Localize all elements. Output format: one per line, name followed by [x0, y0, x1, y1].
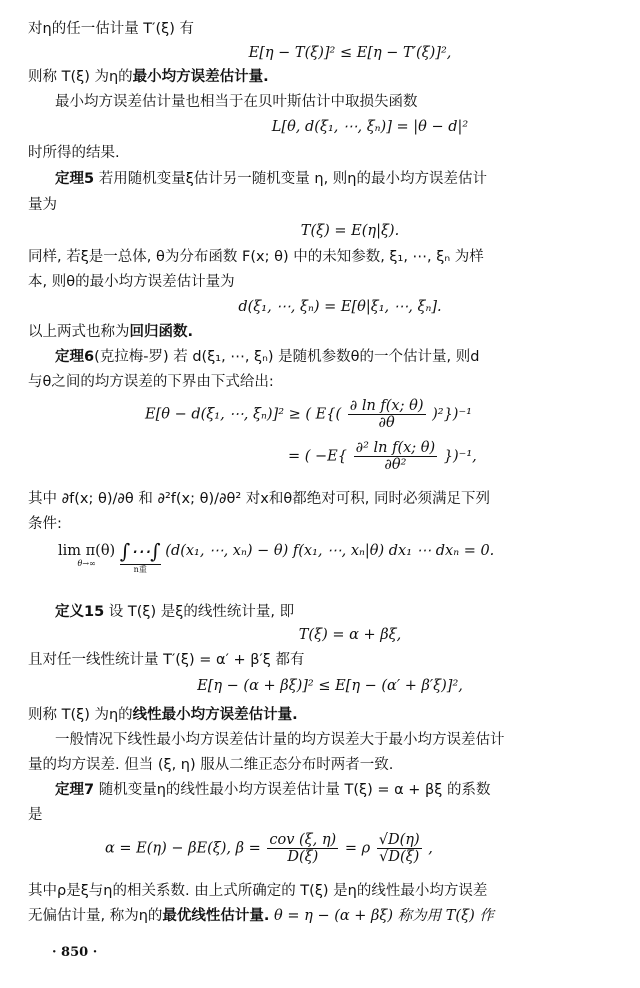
text-line: 时所得的结果. — [28, 144, 120, 162]
text-span: 若用随机变量ξ估计另一随机变量 η, 则η的最小均方误差估计 — [99, 171, 487, 187]
term-linear-mmse-estimator: 线性最小均方误差估计量. — [133, 707, 298, 723]
text-span: 则称 T(ξ) 为η的 — [28, 707, 133, 723]
text-line: 其中 ∂f(x; θ)/∂θ 和 ∂²f(x; θ)/∂θ² 对x和θ都绝对可积… — [28, 490, 490, 508]
integral-sign: ∫⋯∫ — [120, 542, 161, 560]
text-span: 则称 T(ξ) 为η的 — [28, 69, 133, 85]
text-line: 本, 则θ的最小均方误差估计量为 — [28, 273, 235, 291]
numerator: ∂² ln f(x; θ) — [354, 440, 438, 457]
fraction: ∂² ln f(x; θ) ∂θ² — [354, 440, 438, 473]
theorem-6: 定理6(克拉梅-罗) 若 d(ξ₁, ⋯, ξₙ) 是随机参数θ的一个估计量, … — [55, 348, 479, 366]
limit-subscript: θ→∞ — [58, 560, 115, 568]
definition-label: 定义15 — [55, 604, 104, 620]
term-best-linear-estimator: 最优线性估计量. — [162, 908, 269, 924]
text-line: 量的均方误差. 但当 (ξ, η) 服从二维正态分布时两者一致. — [28, 756, 393, 774]
term-regression-function: 回归函数. — [130, 324, 194, 340]
limit: lim π(θ) θ→∞ — [58, 542, 115, 568]
equation-linear-statistic: T(ξ) = α + βξ, — [0, 626, 640, 644]
denominator: D(ξ) — [267, 849, 338, 865]
text-line: 量为 — [28, 196, 57, 214]
eq-part: = ρ — [345, 841, 370, 857]
denominator: √D(ξ) — [377, 849, 422, 865]
fraction: ∂ ln f(x; θ) ∂θ — [348, 398, 426, 431]
text-span: θ = η − (α + βξ) 称为用 T(ξ) 作 — [274, 908, 494, 924]
eq-lhs: = ( −E{ — [288, 449, 347, 465]
eq-lhs: E[θ − d(ξ₁, ⋯, ξₙ)]² ≥ ( E{( — [145, 407, 341, 423]
equation-posterior-mean: d(ξ₁, ⋯, ξₙ) = E[θ|ξ₁, ⋯, ξₙ]. — [0, 298, 640, 316]
definition-15: 定义15 设 T(ξ) 是ξ的线性统计量, 即 — [55, 603, 294, 621]
theorem-label: 定理6 — [55, 349, 94, 365]
equation-cramer-rao-2: = ( −E{ ∂² ln f(x; θ) ∂θ² })⁻¹, — [288, 440, 477, 473]
theorem-7: 定理7 随机变量η的线性最小均方误差估计量 T(ξ) = α + βξ 的系数 — [55, 781, 491, 799]
text-span: 以上两式也称为 — [28, 324, 130, 340]
term-mmse-estimator: 最小均方误差估计量. — [133, 69, 269, 85]
equation-cramer-rao-1: E[θ − d(ξ₁, ⋯, ξₙ)]² ≥ ( E{( ∂ ln f(x; θ… — [145, 398, 472, 431]
theorem-label: 定理7 — [55, 782, 94, 798]
text-line: 与θ之间的均方误差的下界由下式给出: — [28, 373, 274, 391]
text-span: 设 T(ξ) 是ξ的线性统计量, 即 — [109, 604, 294, 620]
eq-rhs: )²})⁻¹ — [432, 407, 472, 423]
theorem-5: 定理5 若用随机变量ξ估计另一随机变量 η, 则η的最小均方误差估计 — [55, 170, 487, 188]
text-line: 最小均方误差估计量也相当于在贝叶斯估计中取损失函数 — [55, 93, 418, 111]
eq-rhs: })⁻¹, — [444, 449, 477, 465]
equation-coefficients: α = E(η) − βE(ξ), β = cov (ξ, η) D(ξ) = … — [105, 832, 433, 865]
text-span: (克拉梅-罗) 若 d(ξ₁, ⋯, ξₙ) 是随机参数θ的一个估计量, 则d — [94, 349, 479, 365]
equation-conditional-expectation: T(ξ) = E(η|ξ). — [0, 222, 640, 240]
theorem-label: 定理5 — [55, 171, 94, 187]
denominator: ∂θ² — [354, 457, 438, 473]
text-line: 其中ρ是ξ与η的相关系数. 由上式所确定的 T(ξ) 是η的线性最小均方误差 — [28, 882, 487, 900]
eq-part: α = E(η) − βE(ξ), β = — [105, 841, 261, 857]
equation-loss-function: L[θ, d(ξ₁, ⋯, ξₙ)] = |θ − d|² — [0, 118, 640, 136]
text-span: 无偏估计量, 称为η的 — [28, 908, 162, 924]
numerator: cov (ξ, η) — [267, 832, 338, 849]
text-line: 同样, 若ξ是一总体, θ为分布函数 F(x; θ) 中的未知参数, ξ₁, ⋯… — [28, 248, 484, 266]
eq-part: , — [428, 841, 433, 857]
text-line: 以上两式也称为回归函数. — [28, 323, 193, 341]
limit-expr: lim π(θ) — [58, 542, 115, 560]
text-span: 随机变量η的线性最小均方误差估计量 T(ξ) = α + βξ 的系数 — [99, 782, 491, 798]
integrand: (d(x₁, ⋯, xₙ) − θ) f(x₁, ⋯, xₙ|θ) dx₁ ⋯ … — [165, 543, 494, 559]
denominator: ∂θ — [348, 415, 426, 431]
numerator: √D(η) — [377, 832, 422, 849]
numerator: ∂ ln f(x; θ) — [348, 398, 426, 415]
text-line: 无偏估计量, 称为η的最优线性估计量. θ = η − (α + βξ) 称为用… — [28, 907, 494, 925]
integral-underbrace: n重 — [120, 564, 161, 575]
equation-mse-inequality: E[η − T(ξ)]² ≤ E[η − T′(ξ)]², — [0, 44, 640, 62]
text-line: 条件: — [28, 515, 62, 533]
page-number: · 850 · — [52, 944, 97, 962]
text-line: 则称 T(ξ) 为η的最小均方误差估计量. — [28, 68, 269, 86]
text-line: 则称 T(ξ) 为η的线性最小均方误差估计量. — [28, 706, 298, 724]
fraction: √D(η) √D(ξ) — [377, 832, 422, 865]
text-line: 且对任一线性统计量 T′(ξ) = α′ + β′ξ 都有 — [28, 651, 304, 669]
equation-regularity-condition: lim π(θ) θ→∞ ∫⋯∫ n重 (d(x₁, ⋯, xₙ) − θ) f… — [58, 542, 494, 582]
multiple-integral: ∫⋯∫ n重 — [120, 542, 161, 575]
fraction: cov (ξ, η) D(ξ) — [267, 832, 338, 865]
text-line: 是 — [28, 806, 43, 824]
text-line: 对η的任一估计量 T′(ξ) 有 — [28, 20, 194, 38]
equation-linear-mse-inequality: E[η − (α + βξ)]² ≤ E[η − (α′ + β′ξ)]², — [0, 677, 640, 695]
text-line: 一般情况下线性最小均方误差估计量的均方误差大于最小均方误差估计 — [55, 731, 505, 749]
